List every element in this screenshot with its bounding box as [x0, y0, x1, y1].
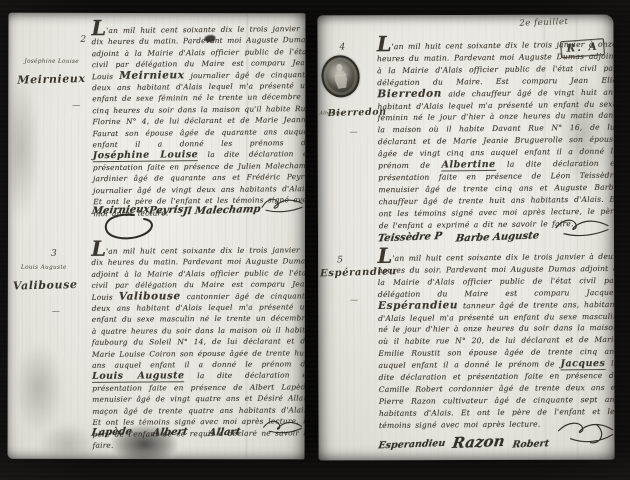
birth-act-entry-4: 4 Albertine Bierredon — L'an mil huit ce… [317, 15, 613, 16]
child-name-underlined: Joséphine Louise [93, 150, 199, 163]
child-name-underlined: Louis Auguste [92, 371, 185, 384]
bleed-through-ghost [8, 73, 41, 223]
signature-row: Esperandieu Razon Robert [378, 417, 614, 452]
signature-witness-2: Allart [208, 427, 241, 439]
signature-father: Esperandieu [378, 438, 446, 451]
declarant-surname: Bierredon [377, 87, 442, 100]
act-number: 2 [80, 35, 86, 45]
act-body-text: L'an mil huit cent soixante dix le trois… [377, 38, 615, 219]
signature-witness-1: Lapède [91, 426, 133, 438]
ornate-initial: L [377, 243, 392, 268]
margin-child-name: Louis Auguste [21, 265, 67, 271]
act-number: 3 [51, 249, 57, 259]
signature-row: Teissèdre P Barbe Auguste [378, 216, 610, 244]
declarant-surname: Valibouse [119, 290, 181, 302]
round-official-seal-icon [319, 53, 363, 100]
officer-paraph-flourish-icon [554, 216, 610, 240]
register-page-right: 2e feuillet R. A 4 Albertine Bierredon —… [317, 15, 614, 461]
margin-dash: — [72, 101, 80, 110]
birth-act-entry-3: 3 Louis Auguste Valibouse — L'an mil hui… [8, 13, 305, 14]
bleed-through-ghost [14, 343, 64, 433]
act-number: 5 [337, 255, 343, 265]
act-opening-text: 'an mil huit cent soixante dix le trois … [378, 252, 615, 299]
signature-row: Lapède Albert Allart [92, 417, 304, 438]
margin-dash: — [350, 295, 358, 304]
act-middle-text: journalier âgé de cinquante deux ans hab… [92, 70, 305, 150]
declarant-surname: Meirnieux [119, 69, 185, 82]
birth-act-entry-2: 2 Joséphine Louise Meirnieux — L'an mil … [8, 13, 305, 14]
officer-paraph-flourish-icon [260, 195, 304, 213]
margin-surname: Meirnieux [17, 72, 86, 87]
margin-child-name: Joséphine Louise [24, 59, 79, 65]
signature-witness-2: Jl Malechamp [182, 204, 261, 218]
scanned-register-spread: 2 Joséphine Louise Meirnieux — L'an mil … [0, 0, 630, 480]
child-name-underlined: Albertine [442, 159, 496, 172]
signature-witness-2: Barbe Auguste [455, 230, 540, 244]
signature-witness-1b: Albert [152, 426, 189, 438]
birth-act-entry-5: 5 Espérandieu — L'an mil huit cent soixa… [317, 15, 613, 16]
act-opening-text: 'an mil huit cent soixante dix le trois … [377, 40, 615, 87]
act-body-text: L'an mil huit cent soixante dix le trois… [91, 243, 305, 412]
signature-witness-2: Razon [451, 432, 506, 452]
act-middle-text: cantonnier âgé de cinquante deux ans hab… [92, 291, 306, 370]
margin-dash: — [52, 307, 60, 316]
child-name-underlined: Jacques [560, 358, 605, 370]
margin-dash: — [350, 127, 358, 136]
ink-blot [204, 35, 215, 42]
register-page-left: 2 Joséphine Louise Meirnieux — L'an mil … [8, 13, 306, 460]
ornate-initial: L [377, 31, 392, 56]
officer-paraph-flourish-icon [262, 417, 304, 435]
act-body-text: L'an mil huit cent soixante dix le trois… [378, 250, 615, 422]
sheet-number-annotation: 2e feuillet [519, 17, 568, 29]
margin-surname: Valibouse [13, 278, 78, 293]
declarant-surname: Espérandieu [378, 299, 458, 312]
act-body-text: L'an mil huit cent soixante dix le trois… [91, 22, 305, 190]
paper-stain [38, 423, 98, 460]
large-paraph-loop-icon [100, 211, 164, 243]
act-number: 4 [339, 42, 345, 52]
signature-witness-1: Robert [512, 438, 550, 450]
officer-paraph-flourish-icon [556, 417, 614, 447]
